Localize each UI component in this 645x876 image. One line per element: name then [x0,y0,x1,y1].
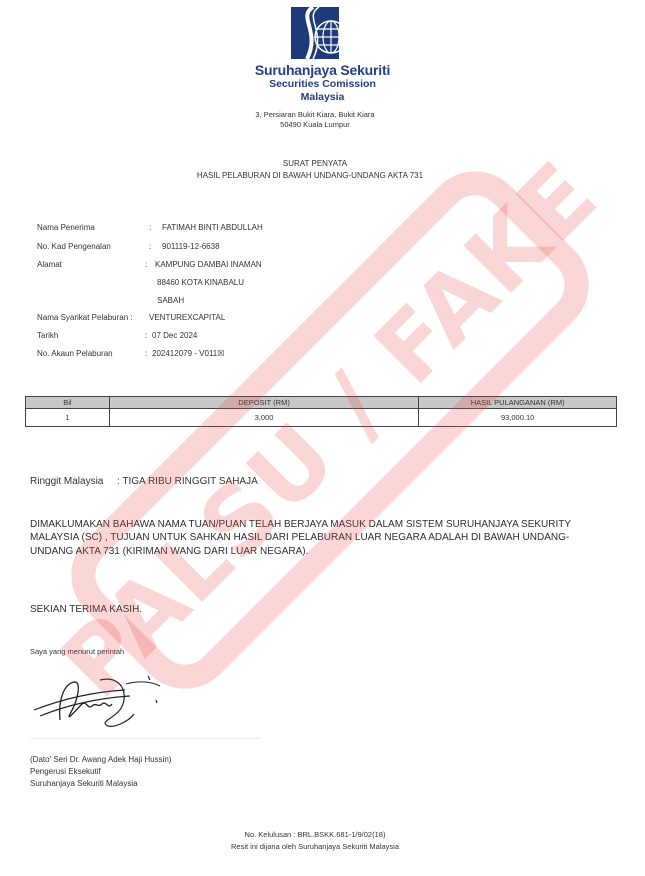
notice-paragraph: DIMAKLUMAKAN BAHAWA NAMA TUAN/PUAN TELAH… [30,518,610,558]
field-colon: : [145,349,147,358]
org-country: Malaysia [0,91,645,103]
signature-icon [30,670,170,730]
field-label-company: Nama Syarikat Pelaburan : [37,313,133,322]
field-value-account: 202412079 - V011☒ [152,349,224,358]
field-colon: : [149,242,151,251]
table-row: 1 3,000 93,000.10 [26,409,617,427]
field-value-company: VENTUREXCAPITAL [149,313,225,322]
securities-commission-logo-icon [291,7,339,59]
approval-number: No. Kelulusan : BRL.BSKK.681-1/9/02(18) [0,830,630,839]
org-name-malay: Suruhanjaya Sekuriti [0,62,645,78]
document-title: SURAT PENYATA [0,159,630,168]
signature-line [30,738,260,739]
generated-by-note: Resit ini dijana oleh Suruhanjaya Sekuri… [0,842,630,851]
field-label-ic: No. Kad Pengenalan [37,242,111,251]
amount-words-label: Ringgit Malaysia [30,476,103,487]
field-value-address-2: 88460 KOTA KINABALU [157,278,244,287]
field-colon: : [145,260,147,269]
field-value-name: FATIMAH BINTI ABDULLAH [162,223,263,232]
address-line-1: 3, Persiaran Bukit Kiara, Bukit Kiara [0,110,630,119]
amount-words-value: : TIGA RIBU RINGGIT SAHAJA [117,476,258,487]
field-value-date: 07 Dec 2024 [152,331,197,340]
field-colon: : [149,223,151,232]
statement-table: Bil DEPOSIT (RM) HASIL PULANGANAN (RM) 1… [25,396,617,427]
table-header-row: Bil DEPOSIT (RM) HASIL PULANGANAN (RM) [26,397,617,409]
org-name-english: Securities Comission [0,78,645,90]
order-line: Saya yang menurut perintah [30,647,124,656]
field-label-name: Nama Penerima [37,223,95,232]
field-value-address-3: SABAH [157,296,184,305]
header-deposit: DEPOSIT (RM) [109,397,418,409]
field-value-ic: 901119-12-6638 [162,242,220,251]
field-label-date: Tarikh [37,331,58,340]
closing-line: SEKIAN TERIMA KASIH. [30,604,142,615]
header-returns: HASIL PULANGANAN (RM) [419,397,617,409]
cell-deposit: 3,000 [109,409,418,427]
header-bil: Bil [26,397,110,409]
document-subtitle: HASIL PELABURAN DI BAWAH UNDANG-UNDANG A… [0,171,620,180]
field-colon: : [145,331,147,340]
field-label-address: Alamat [37,260,62,269]
cell-bil: 1 [26,409,110,427]
cell-returns: 93,000.10 [419,409,617,427]
field-label-account: No. Akaun Pelaburan [37,349,113,358]
signer-title: Pengerusi Eksekutif [30,767,101,776]
fake-stamp-overlay: PALSU / FAKE [51,151,610,710]
signer-name: (Dato' Seri Dr. Awang Adek Haji Hussin) [30,755,171,764]
address-line-2: 50490 Kuala Lumpur [0,120,630,129]
signer-organization: Suruhanjaya Sekuriti Malaysia [30,779,138,788]
stamp-text: PALSU / FAKE [47,147,613,713]
field-value-address-1: KAMPUNG DAMBAI INAMAN [155,260,262,269]
